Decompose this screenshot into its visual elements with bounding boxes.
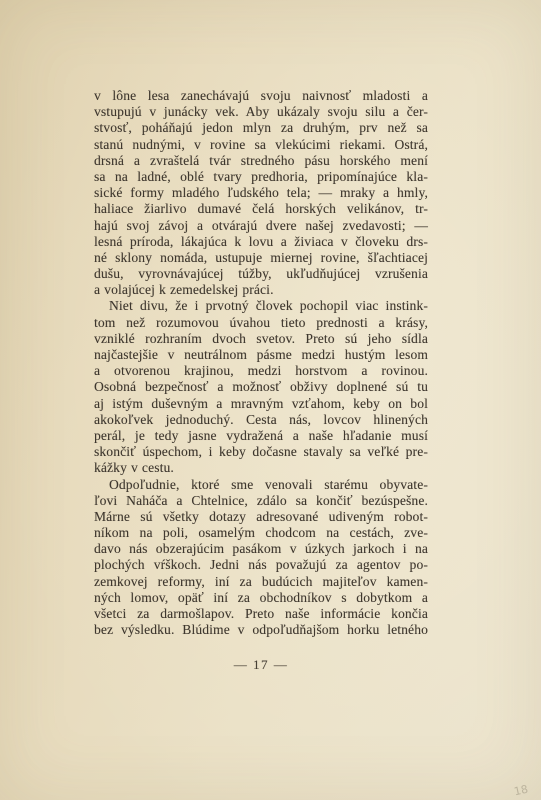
- text-line: vstupujú v junácky vek. Aby ukázaly svoj…: [94, 104, 428, 120]
- text-line: Odpoľudnie, ktoré sme venovali starému o…: [94, 477, 428, 493]
- pencil-annotation: 18: [513, 783, 529, 799]
- paragraph-3: Odpoľudnie, ktoré sme venovali starému o…: [94, 477, 428, 639]
- text-line: haliace žiarlivo dumavé čelá horských ve…: [94, 201, 428, 217]
- text-line: zemkovej reformy, iní za budúcich majite…: [94, 574, 428, 590]
- text-line: dušu, vyrovnávajúcej túžby, ukľudňujúcej…: [94, 266, 428, 282]
- book-page-scan: v lône lesa zanechávajú svoju naivnosť m…: [0, 0, 541, 800]
- text-line: ných lomov, opäť iní za obchodníkov s do…: [94, 590, 428, 606]
- text-line: vzniklé rozhraním dvoch svetov. Preto sú…: [94, 331, 428, 347]
- paragraph-2: Niet divu, že i prvotný človek pochopil …: [94, 298, 428, 476]
- text-line: akokoľvek jednoduchý. Cesta nás, lovcov …: [94, 412, 428, 428]
- text-line: kážky v cestu.: [94, 460, 428, 476]
- text-line: aj istým duševným a mravným vzťahom, keb…: [94, 396, 428, 412]
- text-line: Niet divu, že i prvotný človek pochopil …: [94, 298, 428, 314]
- text-line: perál, je tedy jasne vydražená a naše hľ…: [94, 428, 428, 444]
- text-line: Márne sú všetky dotazy adresované udiven…: [94, 509, 428, 525]
- text-line: stanú nudnými, v rovine sa vlekúcimi rie…: [94, 137, 428, 153]
- text-line: a otvorenou krajinou, medzi horstvom a r…: [94, 363, 428, 379]
- text-line: hajú svoj závoj a otvárajú dvere našej z…: [94, 218, 428, 234]
- text-line: né sklony nomáda, ustupuje miernej rovin…: [94, 250, 428, 266]
- text-line: níkom na poli, osamelým chodcom na cestá…: [94, 525, 428, 541]
- text-line: davo nás obzerajúcim pasákom v úzkych ja…: [94, 541, 428, 557]
- text-line: skončiť úspechom, i keby dočasne stavaly…: [94, 444, 428, 460]
- text-line: stvosť, poháňajú jedon mlyn za druhým, p…: [94, 120, 428, 136]
- paragraph-1: v lône lesa zanechávajú svoju naivnosť m…: [94, 88, 428, 298]
- text-line: plochých vŕškoch. Jedni nás považujú za …: [94, 557, 428, 573]
- text-line: ľovi Naháča a Chtelnice, zdálo sa končiť…: [94, 493, 428, 509]
- text-line: najčastejšie v neutrálnom pásme medzi hu…: [94, 347, 428, 363]
- page-number: — 17 —: [94, 657, 428, 673]
- text-line: všetci za darmošlapov. Preto naše inform…: [94, 606, 428, 622]
- text-line: v lône lesa zanechávajú svoju naivnosť m…: [94, 88, 428, 104]
- text-line: lesná príroda, lákajúca k lovu a živiaca…: [94, 234, 428, 250]
- text-line: a volajúcej k zemedelskej práci.: [94, 282, 428, 298]
- text-line: Osobná bezpečnosť a možnosť obživy dopln…: [94, 379, 428, 395]
- page-text: v lône lesa zanechávajú svoju naivnosť m…: [94, 88, 428, 638]
- text-line: tom než rozumovou úvahou tieto prednosti…: [94, 315, 428, 331]
- text-line: sické formy mladého ľudského tela; — mra…: [94, 185, 428, 201]
- text-line: sa na ladné, oblé tvary predhoria, pripo…: [94, 169, 428, 185]
- text-line: bez výsledku. Blúdime v odpoľudňajšom ho…: [94, 622, 428, 638]
- text-line: drsná a zvraštelá tvár stredného pásu ho…: [94, 153, 428, 169]
